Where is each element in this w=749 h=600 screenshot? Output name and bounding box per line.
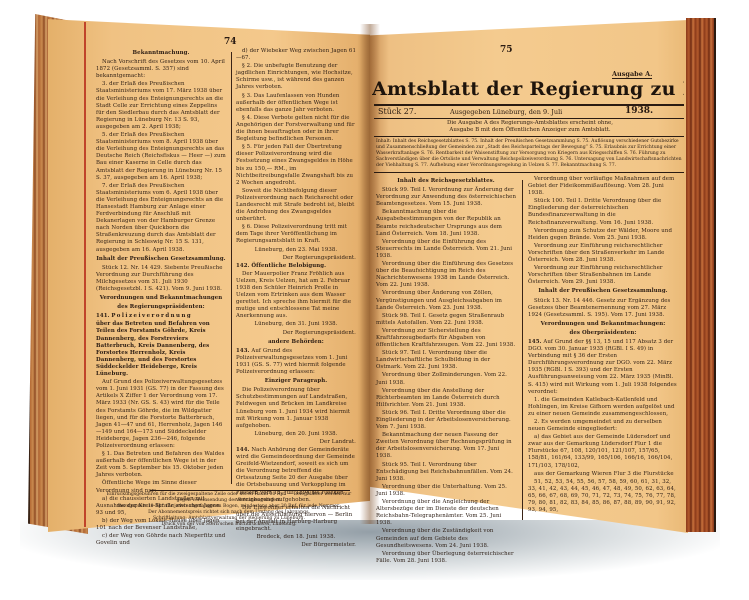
entry: Verordnung über Überlegung österreichisc… (376, 551, 516, 565)
heading: Verordnungen und Bekanntmachungen: (528, 321, 678, 328)
entry: Stück 96. Teil I. Dritte Verordnung über… (376, 410, 516, 431)
entry: Stück 100. Teil I. Dritte Verordnung übe… (528, 198, 678, 226)
paragraph: Soweit die Nichtbefolgung dieser Polizei… (236, 188, 356, 223)
entry: Verordnung über Änderung von Zöllen, Ver… (376, 290, 516, 311)
left-page-number: 74 (224, 37, 237, 47)
heading: Einziger Paragraph. (236, 378, 356, 385)
entry: Stück 99. Teil I. Verordnung zur Änderun… (376, 187, 516, 208)
heading: Bekanntmachung. (96, 50, 226, 57)
book-photo: 74 Bekanntmachung. Nach Vorschrift des G… (0, 0, 749, 600)
entry: Verordnung über die Angleichung der Alte… (376, 499, 516, 527)
contents-summary: Inhalt: Inhalt des Reichsgesetzblattes S… (376, 139, 682, 169)
entry-title: Öffentliche Belobigung. (251, 263, 326, 269)
entry: Bekanntmachung der neuen Fassung der Zwe… (376, 432, 516, 460)
paragraph: Der Mauerpolier Franz Fröhlich aus Uelze… (236, 271, 356, 321)
paragraph: Auf Grund der §§ 13, 15 und 117 Absatz 3… (528, 339, 677, 395)
left-column-2: d) der Wiebeker Weg zwischen Jagen 61—67… (236, 48, 356, 550)
entry: Stück 95. Teil I. Verordnung über Entsch… (376, 462, 516, 483)
date-line: Lüneburg, den 20. Juni 1938. (236, 431, 356, 438)
paragraph: über das Betreten und Befahren von Teile… (96, 321, 226, 378)
column-divider (522, 180, 523, 520)
heading: Inhalt der Preußischen Gesetzsammlung. (528, 288, 678, 295)
entry: Stück 97. Teil I. Verordnung über die La… (376, 350, 516, 371)
left-margin-red-rule (84, 22, 86, 527)
right-column-2: Verordnung über vorläufige Maßnahmen auf… (528, 176, 678, 515)
notice-rule (374, 136, 684, 137)
entry-number: 141. (96, 313, 110, 319)
paragraph: d) der Wiebeker Weg zwischen Jagen 61—67… (236, 48, 356, 62)
right-page-block-edges (686, 18, 716, 532)
entry: Bekanntmachung über die Ausgabebestimmun… (376, 209, 516, 237)
entry-number: 145. (528, 339, 542, 345)
paragraph: § 4. Diese Verbote gelten nicht für die … (236, 115, 356, 143)
list-item: aus der Gemarkung Wieren Flur 3 die Flur… (528, 471, 678, 478)
paragraph: Stück 13. Nr. 14 446. Gesetz zur Ergänzu… (528, 298, 678, 319)
heading: andere Behörden: (236, 339, 356, 346)
entry: Verordnung über die Unterhaltung. Vom 25… (376, 484, 516, 498)
issue-date: Ausgegeben Lüneburg, den 9. Juli (450, 108, 562, 116)
paragraph: 5. der Erlaß des Preußischen Staatsminis… (96, 132, 226, 182)
list-item: c) der Weg von Göhrde nach Nieperfitz un… (96, 533, 226, 547)
entry: Verordnung über die Anstellung der Richt… (376, 388, 516, 409)
heading: des Regierungspräsidenten: (96, 304, 226, 311)
entry: Verordnung zum Schutze der Wälder, Moore… (528, 228, 678, 242)
paragraph: Auf Grund des Polizeiverwaltungsgesetzes… (96, 379, 226, 450)
notice-line: Ausgabe B mit dem Öffentlichen Anzeiger … (400, 127, 660, 134)
left-page-footer: Einrückungsgebühren für die zweigespalte… (100, 492, 358, 528)
entry-number: 144. (236, 447, 250, 453)
gazette-masthead: Amtsblatt der Regierung zu Lüneburg. (372, 78, 684, 100)
entry: Verordnung zur Einführung reichsrechtlic… (528, 243, 678, 264)
footer-line: Druck von der von Stern'schen Buchdrucke… (100, 522, 358, 528)
signature: Der Regierungspräsident. (236, 330, 356, 337)
entry: Verordnung zur Sicherstellung des Kraftf… (376, 328, 516, 349)
right-page-number: 75 (500, 45, 513, 55)
heading: Verordnungen und Bekanntmachungen (96, 295, 226, 302)
signature: Der Landrat. (236, 439, 356, 446)
entry: Verordnung über die Zuständigkeit von Ge… (376, 528, 516, 549)
heading: des Oberpräsidenten: (528, 330, 678, 337)
entry-number: 143. (236, 348, 250, 354)
left-column-1: Bekanntmachung. Nach Vorschrift des Gese… (96, 48, 226, 548)
date-line: Lüneburg, den 31. Juni 1938. (236, 321, 356, 328)
right-column-1: Inhalt des Reichsgesetzblattes. Stück 99… (376, 176, 516, 566)
column-divider (231, 52, 232, 484)
issue-rule (374, 118, 684, 119)
paragraph: Nach Vorschrift des Gesetzes vom 10. Apr… (96, 59, 226, 80)
date-line: Lüneburg, den 23. Mai 1938. (236, 247, 356, 254)
paragraph: Stück 12. Nr. 14 429. Siebente Preußisch… (96, 265, 226, 293)
entry: Verordnung über vorläufige Maßnahmen auf… (528, 176, 678, 197)
parcel-list: 51, 52, 53, 54, 55, 56, 57, 58, 59, 60, … (528, 479, 678, 514)
entry-title: Polizeiverordnung (111, 313, 192, 319)
issue-year: 1938. (625, 106, 653, 116)
signature: Der Bürgermeister. (236, 542, 356, 549)
issue-number: Stück 27. (378, 107, 416, 116)
heading: Inhalt des Reichsgesetzblattes. (376, 178, 516, 185)
paragraph: § 1. Das Betreten und Befahren des Walde… (96, 451, 226, 479)
entry: Stück 98. Teil I. Gesetz gegen Straßenra… (376, 313, 516, 327)
paragraph: 3. der Erlaß des Preußischen Staatsminis… (96, 81, 226, 131)
footer-rule (150, 490, 350, 491)
heading: Inhalt der Preußischen Gesetzsammlung. (96, 256, 226, 263)
paragraph: § 3. Das Laufenlassen von Hunden außerha… (236, 93, 356, 114)
entry-number: 142. (236, 263, 250, 269)
contents-rule (374, 172, 684, 173)
entry: Verordnung über die Einführung des Geset… (376, 261, 516, 289)
footer-line: Einrückungsgebühren für die zweigespalte… (100, 492, 358, 504)
edition-notice: Die Ausgabe A des Regierungs-Amtsblattes… (400, 120, 660, 134)
entry: Verordnung zur Einführung reichsrechtlic… (528, 265, 678, 286)
paragraph: § 2. Die unbefugte Benutzung der jagdlic… (236, 63, 356, 91)
paragraph: 7. der Erlaß des Preußischen Staatsminis… (96, 183, 226, 254)
paragraph: Die Polizeiverordnung über Schutzbestimm… (236, 387, 356, 430)
entry: Verordnung über die Einführung des Steue… (376, 239, 516, 260)
entry: Verordnung über Zollminderungen. Vom 22.… (376, 372, 516, 386)
paragraph: § 6. Diese Polizeiverordnung tritt mit d… (236, 224, 356, 245)
list-item: 2. Es werden umgemeindet und zu derselbe… (528, 419, 678, 433)
list-item: 1. die Gemeinden Katlebach-Katlenfeld un… (528, 397, 678, 418)
list-item: a) das Gebiet aus der Gemeinde Lüdersdor… (528, 434, 678, 469)
paragraph: § 5. Für jeden Fall der Übertretung dies… (236, 144, 356, 187)
date-line: Bredeck, den 18. Juni 1938. (236, 534, 356, 541)
notice-line: Die Ausgabe A des Regierungs-Amtsblattes… (400, 120, 660, 127)
signature: Der Regierungspräsident. (236, 255, 356, 262)
paragraph: Auf Grund des Polizeiverwaltungsgesetzes… (236, 348, 347, 375)
